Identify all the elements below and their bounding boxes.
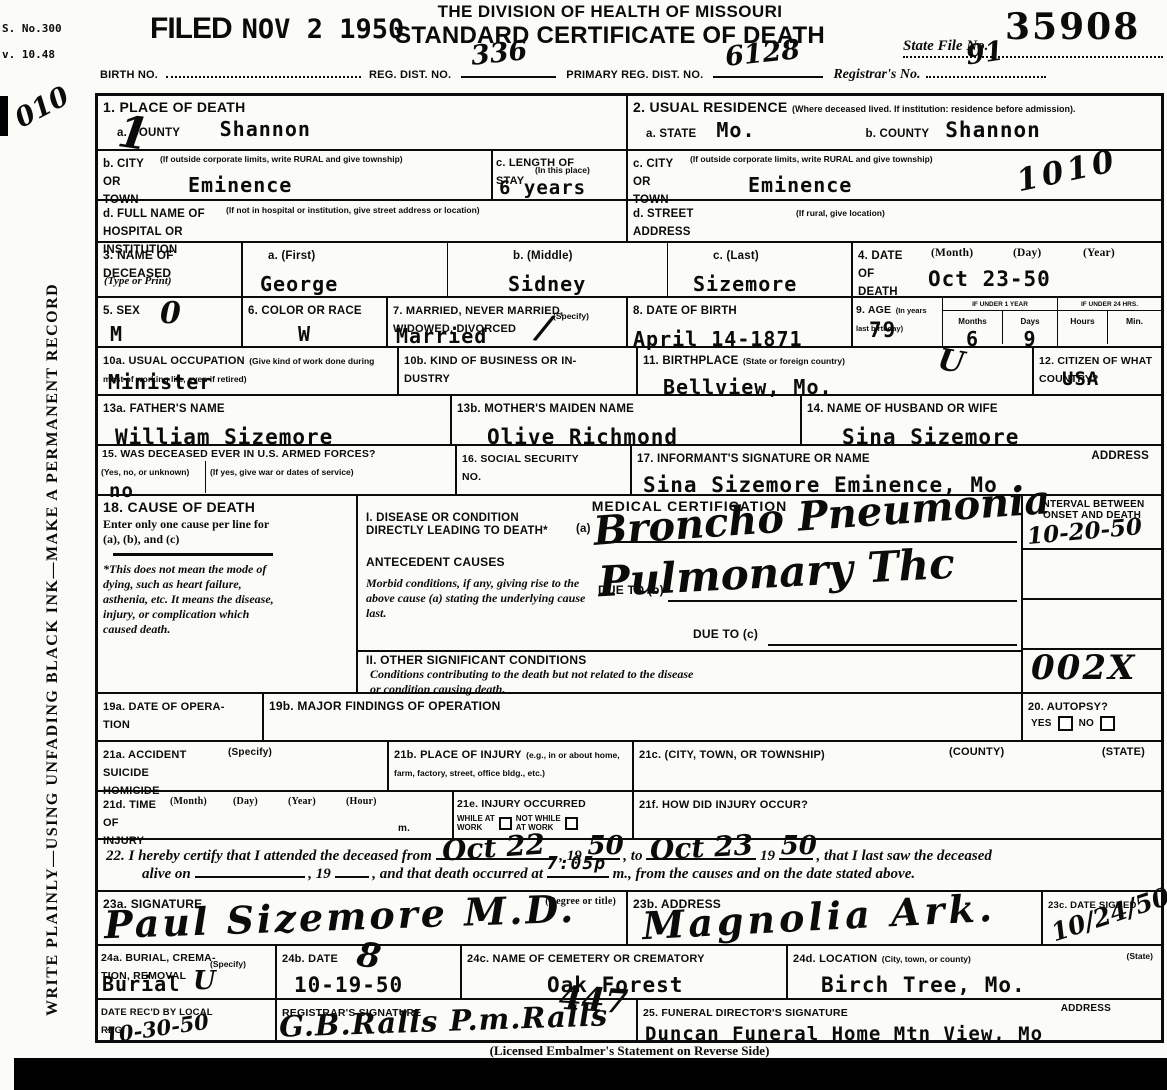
scan-bottom-bar bbox=[14, 1058, 1167, 1090]
certify-alive-year-line bbox=[335, 864, 369, 878]
occupation-label: 10a. USUAL OCCUPATION bbox=[103, 355, 245, 367]
primary-reg-value: 6128 bbox=[724, 34, 802, 73]
field-residence-city: c. CITY OR TOWN (If outside corporate li… bbox=[628, 151, 1161, 199]
cemetery-label: 24c. NAME OF CEMETERY OR CREMATORY bbox=[467, 953, 705, 965]
age-hours-label: Hours bbox=[1070, 316, 1095, 326]
field-spouse-name: 14. NAME OF HUSBAND OR WIFE Sina Sizemor… bbox=[802, 396, 1161, 444]
field-age: 9. AGE (In years last birthday) 79 IF UN… bbox=[853, 298, 1161, 346]
field-operation-date: 19a. DATE OF OPERA- TION bbox=[98, 694, 264, 740]
field-mother-name: 13b. MOTHER'S MAIDEN NAME Olive Richmond bbox=[452, 396, 802, 444]
field-physician-address: 23b. ADDRESS Magnolia Ark. bbox=[628, 892, 1043, 944]
length-of-stay-value: 6 years bbox=[499, 177, 586, 199]
primary-reg-line: 6128 bbox=[713, 64, 823, 78]
interval-line-2 bbox=[1023, 598, 1161, 600]
autopsy-no-label: NO bbox=[1079, 718, 1094, 729]
field-date-received: DATE REC'D BY LOCAL REG. 10-30-50 bbox=[98, 1000, 277, 1040]
field-place-city: b. CITY OR TOWN (If outside corporate li… bbox=[98, 151, 493, 199]
antecedent-label: ANTECEDENT CAUSES bbox=[366, 556, 505, 569]
age-days: Days 9 bbox=[1003, 311, 1057, 344]
registrar-no-label: Registrar's No. bbox=[833, 67, 920, 83]
birth-no-line bbox=[166, 64, 361, 78]
armed-forces-note1: (Yes, no, or unknown) bbox=[101, 467, 189, 477]
date-of-death-day-label: (Day) bbox=[1013, 247, 1041, 260]
funeral-director-label: 25. FUNERAL DIRECTOR'S SIGNATURE bbox=[643, 1007, 848, 1019]
field-father-name: 13a. FATHER'S NAME William Sizemore bbox=[98, 396, 452, 444]
injury-day-label: (Day) bbox=[233, 796, 258, 807]
age-under-24-label: IF UNDER 24 HRS. bbox=[1058, 298, 1161, 311]
first-name-label: a. (First) bbox=[268, 250, 315, 262]
field-citizen: 12. CITIZEN OF WHAT COUNTRY? USA bbox=[1034, 348, 1161, 394]
age-hours: Hours bbox=[1058, 311, 1108, 344]
armed-forces-label: 15. WAS DECEASED EVER IN U.S. ARMED FORC… bbox=[98, 446, 455, 461]
field-date-of-death: 4. DATE OF DEATH (Month) (Day) (Year) Oc… bbox=[853, 243, 1161, 296]
date-signed-value: 10/24/50 bbox=[1048, 882, 1167, 947]
field-marital-status: 7. MARRIED, NEVER MARRIED, WIDOWED, DIVO… bbox=[388, 298, 628, 346]
birthplace-note: (State or foreign country) bbox=[743, 356, 845, 366]
occupation-value: Minister bbox=[108, 370, 212, 394]
marital-note: (Specify) bbox=[553, 312, 589, 322]
field-birthplace: 11. BIRTHPLACE (State or foreign country… bbox=[638, 348, 1034, 394]
registrar-no-value: 91 bbox=[964, 36, 1006, 72]
field-physician-signature: 23a. SIGNATURE (Degree or title) Paul Si… bbox=[98, 892, 628, 944]
cause-c-label: DUE TO (c) bbox=[693, 628, 758, 641]
certify-year2-line: 50 bbox=[779, 846, 813, 860]
injury-month-label: (Month) bbox=[170, 796, 207, 807]
place-county-value: Shannon bbox=[220, 117, 311, 141]
last-name-value: Sizemore bbox=[693, 272, 846, 296]
age-years: 9. AGE (In years last birthday) 79 bbox=[853, 298, 943, 346]
hospital-note: (If not in hospital or institution, give… bbox=[226, 206, 616, 216]
armed-forces-answer: (Yes, no, or unknown) no bbox=[98, 461, 206, 493]
accident-label: 21a. ACCIDENT SUICIDE HOMICIDE bbox=[103, 749, 187, 797]
accident-note: (Specify) bbox=[228, 747, 272, 758]
field-occupation: 10a. USUAL OCCUPATION (Give kind of work… bbox=[98, 348, 399, 394]
age-months-label: Months bbox=[958, 317, 986, 326]
age-under-year: IF UNDER 1 YEAR Months 6 Days 9 bbox=[943, 298, 1058, 346]
certify-time-line: 7:05p bbox=[547, 864, 609, 878]
field-injury-location: 21c. (CITY, TOWN, OR TOWNSHIP) (COUNTY) … bbox=[634, 742, 1161, 790]
deceased-heading-note: (Type or Print) bbox=[104, 275, 171, 287]
autopsy-yes-label: YES bbox=[1031, 718, 1052, 729]
field-registrar-signature: REGISTRAR'S SIGNATURE G.B.Ralls P.m.Rall… bbox=[277, 1000, 638, 1040]
sex-label: 5. SEX bbox=[103, 305, 140, 317]
residence-heading-note: (Where deceased lived. If institution: r… bbox=[792, 104, 1076, 114]
morbid-note: Morbid conditions, if any, giving rise t… bbox=[366, 576, 591, 621]
operation-date-label: 19a. DATE OF OPERA- TION bbox=[103, 701, 225, 731]
ssn-label: 16. SOCIAL SECURITY NO. bbox=[462, 453, 579, 483]
industry-label: 10b. KIND OF BUSINESS OR IN- DUSTRY bbox=[404, 355, 576, 385]
place-city-value: Eminence bbox=[188, 173, 292, 197]
street-address-note: (If rural, give location) bbox=[796, 209, 885, 219]
filed-stamp-word: FILED bbox=[150, 12, 232, 46]
sex-handwritten-mark: 0 bbox=[160, 296, 181, 331]
funeral-director-value: Duncan Funeral Home Mtn View, Mo bbox=[645, 1023, 1156, 1045]
field-name-heading: 3. NAME OF DECEASED (Type or Print) bbox=[98, 243, 243, 296]
autopsy-yes-checkbox bbox=[1058, 716, 1073, 731]
field-date-of-birth: 8. DATE OF BIRTH April 14-1871 bbox=[628, 298, 853, 346]
burial-location-label: 24d. LOCATION bbox=[793, 953, 877, 965]
burial-date-mark: 8 bbox=[354, 935, 383, 978]
filed-stamp: FILED NOV 2 1950 bbox=[150, 12, 404, 46]
burial-handwritten-mark: U bbox=[193, 966, 216, 996]
reg-dist-value: 336 bbox=[470, 35, 529, 72]
burial-location-note: (City, town, or county) bbox=[882, 954, 971, 964]
handwritten-corner-mark: 010 bbox=[10, 81, 74, 135]
margin-instruction-text: WRITE PLAINLY—USING UNFADING BLACK INK—M… bbox=[44, 168, 62, 1016]
other-conditions-note: Conditions contributing to the death but… bbox=[370, 667, 700, 696]
informant-label: 17. INFORMANT'S SIGNATURE OR NAME bbox=[637, 453, 870, 465]
field-industry: 10b. KIND OF BUSINESS OR IN- DUSTRY bbox=[399, 348, 638, 394]
field-interval: INTERVAL BETWEEN ONSET AND DEATH 10-20-5… bbox=[1023, 496, 1161, 692]
state-file-number: 35908 bbox=[1005, 6, 1140, 48]
field-burial: 24a. BURIAL, CREMA- TION, REMOVAL (Speci… bbox=[98, 946, 277, 998]
form-number-bottom: v. 10.48 bbox=[2, 48, 55, 61]
injury-county-label: (COUNTY) bbox=[949, 746, 1004, 758]
field-cause-of-death: 18. CAUSE OF DEATH Enter only one cause … bbox=[98, 496, 358, 692]
certify-alive-line bbox=[195, 864, 305, 878]
injury-hour-label: (Hour) bbox=[346, 796, 377, 807]
funeral-address-label: ADDRESS bbox=[1061, 1003, 1111, 1014]
certify-to-line: Oct 23 bbox=[646, 846, 756, 860]
injury-m-label: m. bbox=[398, 823, 410, 834]
race-value: W bbox=[298, 322, 311, 346]
residence-city-note: (If outside corporate limits, write RURA… bbox=[690, 155, 1020, 165]
physician-signature-value: Paul Sizemore M.D. bbox=[103, 886, 577, 947]
age-years-value: 79 bbox=[869, 318, 896, 342]
field-certify-statement: 22. I hereby certify that I attended the… bbox=[98, 840, 1161, 890]
field-date-signed: 23c. DATE SIGNED 10/24/50 bbox=[1043, 892, 1161, 944]
cause-c-line bbox=[768, 644, 1017, 646]
spouse-label: 14. NAME OF HUSBAND OR WIFE bbox=[807, 403, 998, 415]
residence-county-label: b. COUNTY bbox=[866, 128, 930, 141]
citizen-value: USA bbox=[1062, 368, 1099, 390]
registration-line: BIRTH NO. REG. DIST. NO. 336 PRIMARY REG… bbox=[100, 64, 1164, 83]
registrar-no-line: 91 bbox=[926, 64, 1046, 78]
date-of-death-year-label: (Year) bbox=[1083, 247, 1115, 260]
middle-name-label: b. (Middle) bbox=[513, 250, 573, 262]
father-label: 13a. FATHER'S NAME bbox=[103, 403, 225, 415]
marital-value: Married bbox=[396, 324, 487, 348]
primary-reg-label: PRIMARY REG. DIST. NO. bbox=[566, 69, 703, 81]
date-of-death-value: Oct 23-50 bbox=[928, 267, 1051, 291]
disease-label: I. DISEASE OR CONDITION DIRECTLY LEADING… bbox=[366, 512, 548, 538]
not-while-at-work-checkbox bbox=[565, 817, 578, 830]
place-county-label: a. COUNTY bbox=[117, 127, 180, 139]
age-min-label: Min. bbox=[1126, 316, 1143, 326]
birth-no-label: BIRTH NO. bbox=[100, 69, 158, 81]
certify-part5: , 19 bbox=[308, 866, 331, 882]
informant-address-label: ADDRESS bbox=[1091, 450, 1149, 463]
state-file-line bbox=[903, 56, 1163, 58]
field-armed-forces: 15. WAS DECEASED EVER IN U.S. ARMED FORC… bbox=[98, 446, 457, 494]
registrar-number-mark: 447 bbox=[558, 978, 629, 1022]
field-sex: 5. SEX 0 M bbox=[98, 298, 243, 346]
burial-date-label: 24b. DATE bbox=[282, 953, 338, 965]
certify-from-line: Oct 22 bbox=[436, 846, 556, 860]
place-city-label: b. CITY OR TOWN bbox=[103, 158, 144, 206]
burial-location-state: (State) bbox=[1127, 952, 1153, 962]
physician-address-value: Magnolia Ark. bbox=[641, 885, 997, 948]
residence-state-value: Mo. bbox=[716, 118, 755, 142]
field-burial-location: 24d. LOCATION (City, town, or county) (S… bbox=[788, 946, 1161, 998]
certify-number: 22. bbox=[106, 848, 125, 864]
field-place-of-death: 1. PLACE OF DEATH a. COUNTY Shannon bbox=[98, 96, 628, 149]
injury-state-label: (STATE) bbox=[1102, 746, 1145, 758]
injury-occurred-label: 21e. INJURY OCCURRED bbox=[457, 798, 586, 810]
age-min: Min. bbox=[1108, 311, 1161, 344]
scan-artifact bbox=[0, 96, 8, 136]
field-usual-residence: 2. USUAL RESIDENCE (Where deceased lived… bbox=[628, 96, 1161, 149]
certify-from-value: Oct 22 bbox=[440, 822, 546, 874]
certificate-form: 1. PLACE OF DEATH a. COUNTY Shannon 2. U… bbox=[95, 93, 1164, 1043]
field-place-of-injury: 21b. PLACE OF INJURY (e.g., in or about … bbox=[389, 742, 634, 790]
field-hospital-name: d. FULL NAME OF HOSPITAL OR INSTITUTION … bbox=[98, 201, 628, 241]
other-conditions-section: II. OTHER SIGNIFICANT CONDITIONS Conditi… bbox=[358, 650, 1021, 698]
field-last-name: c. (Last) Sizemore bbox=[668, 243, 853, 296]
place-of-injury-label: 21b. PLACE OF INJURY bbox=[394, 749, 522, 761]
cause-instruction: Enter only one cause per line for (a), (… bbox=[103, 517, 273, 547]
residence-city-label: c. CITY OR TOWN bbox=[633, 158, 673, 206]
field-time-of-injury: 21d. TIME OF INJURY (Month) (Day) (Year)… bbox=[98, 792, 454, 838]
cause-divider bbox=[113, 553, 273, 556]
autopsy-label: 20. AUTOPSY? bbox=[1028, 701, 1108, 713]
cause-b-line bbox=[668, 600, 1017, 602]
field-accident-type: 21a. ACCIDENT SUICIDE HOMICIDE (Specify) bbox=[98, 742, 389, 790]
field-funeral-director: 25. FUNERAL DIRECTOR'S SIGNATURE ADDRESS… bbox=[638, 1000, 1161, 1040]
race-label: 6. COLOR OR RACE bbox=[248, 305, 362, 317]
field-autopsy: 20. AUTOPSY? YES NO bbox=[1023, 694, 1161, 740]
date-of-birth-label: 8. DATE OF BIRTH bbox=[633, 305, 737, 317]
field-ssn: 16. SOCIAL SECURITY NO. bbox=[457, 446, 632, 494]
other-conditions-label: II. OTHER SIGNIFICANT CONDITIONS bbox=[366, 654, 1013, 667]
age-days-label: Days bbox=[1020, 317, 1039, 326]
date-of-death-label: 4. DATE OF DEATH bbox=[858, 250, 903, 298]
cause-a-label: (a) bbox=[576, 523, 591, 536]
length-of-stay-note: (In this place) bbox=[535, 166, 590, 176]
org-name: THE DIVISION OF HEALTH OF MISSOURI bbox=[370, 2, 850, 22]
mother-label: 13b. MOTHER'S MAIDEN NAME bbox=[457, 403, 634, 415]
age-label: 9. AGE bbox=[856, 304, 891, 316]
interval-code: 002X bbox=[1031, 648, 1136, 688]
place-city-note: (If outside corporate limits, write RURA… bbox=[160, 155, 440, 165]
reg-dist-line: 336 bbox=[461, 64, 556, 78]
certify-time-value: 7:05p bbox=[547, 850, 606, 879]
certify-to-value: Oct 23 bbox=[649, 823, 754, 873]
place-of-death-heading: 1. PLACE OF DEATH bbox=[103, 99, 621, 115]
residence-heading: 2. USUAL RESIDENCE bbox=[633, 99, 788, 115]
field-burial-date: 24b. DATE 8 10-19-50 bbox=[277, 946, 462, 998]
field-street-address: d. STREET ADDRESS (If rural, give locati… bbox=[628, 201, 1161, 241]
field-operation-findings: 19b. MAJOR FINDINGS OF OPERATION bbox=[264, 694, 1023, 740]
armed-forces-note2: (If yes, give war or dates of service) bbox=[210, 467, 354, 477]
middle-name-value: Sidney bbox=[508, 272, 662, 296]
age-under-24: IF UNDER 24 HRS. Hours Min. bbox=[1058, 298, 1161, 346]
age-months: Months 6 bbox=[943, 311, 1003, 344]
field-length-of-stay: c. LENGTH OF STAY (In this place) 6 year… bbox=[493, 151, 628, 199]
injury-city-label: 21c. (CITY, TOWN, OR TOWNSHIP) bbox=[639, 749, 825, 761]
form-number-top: S. No.300 bbox=[2, 22, 62, 35]
residence-county-value: Shannon bbox=[945, 118, 1041, 142]
autopsy-no-checkbox bbox=[1100, 716, 1115, 731]
last-name-label: c. (Last) bbox=[713, 250, 759, 262]
certify-part4: alive on bbox=[142, 866, 191, 882]
armed-forces-service: (If yes, give war or dates of service) bbox=[206, 461, 455, 493]
first-name-value: George bbox=[260, 272, 442, 296]
operation-findings-label: 19b. MAJOR FINDINGS OF OPERATION bbox=[269, 699, 501, 713]
reverse-side-note: (Licensed Embalmer's Statement on Revers… bbox=[95, 1043, 1164, 1059]
cause-footnote: *This does not mean the mode of dying, s… bbox=[103, 562, 278, 637]
field-middle-name: b. (Middle) Sidney bbox=[448, 243, 668, 296]
sex-value: M bbox=[110, 322, 123, 346]
field-medical-certification: MEDICAL CERTIFICATION I. DISEASE OR COND… bbox=[358, 496, 1023, 692]
field-race: 6. COLOR OR RACE W bbox=[243, 298, 388, 346]
residence-state-label: a. STATE bbox=[646, 128, 696, 141]
birthplace-label: 11. BIRTHPLACE bbox=[643, 355, 738, 367]
reg-dist-label: REG. DIST. NO. bbox=[369, 69, 451, 81]
injury-year-label: (Year) bbox=[288, 796, 316, 807]
burial-value: Burial bbox=[102, 972, 180, 996]
burial-location-value: Birch Tree, Mo. bbox=[821, 973, 1156, 997]
cause-label: 18. CAUSE OF DEATH bbox=[103, 499, 351, 515]
how-injury-label: 21f. HOW DID INJURY OCCUR? bbox=[639, 799, 808, 811]
certify-year2-value: 50 bbox=[781, 826, 817, 868]
interval-line-1 bbox=[1023, 548, 1161, 550]
age-under-year-label: IF UNDER 1 YEAR bbox=[943, 298, 1057, 311]
residence-city-value: Eminence bbox=[748, 173, 852, 197]
field-first-name: a. (First) George bbox=[243, 243, 448, 296]
date-of-death-month-label: (Month) bbox=[931, 247, 973, 260]
residence-city-handwritten: 1010 bbox=[1013, 143, 1121, 199]
street-address-label: d. STREET ADDRESS bbox=[633, 208, 694, 238]
